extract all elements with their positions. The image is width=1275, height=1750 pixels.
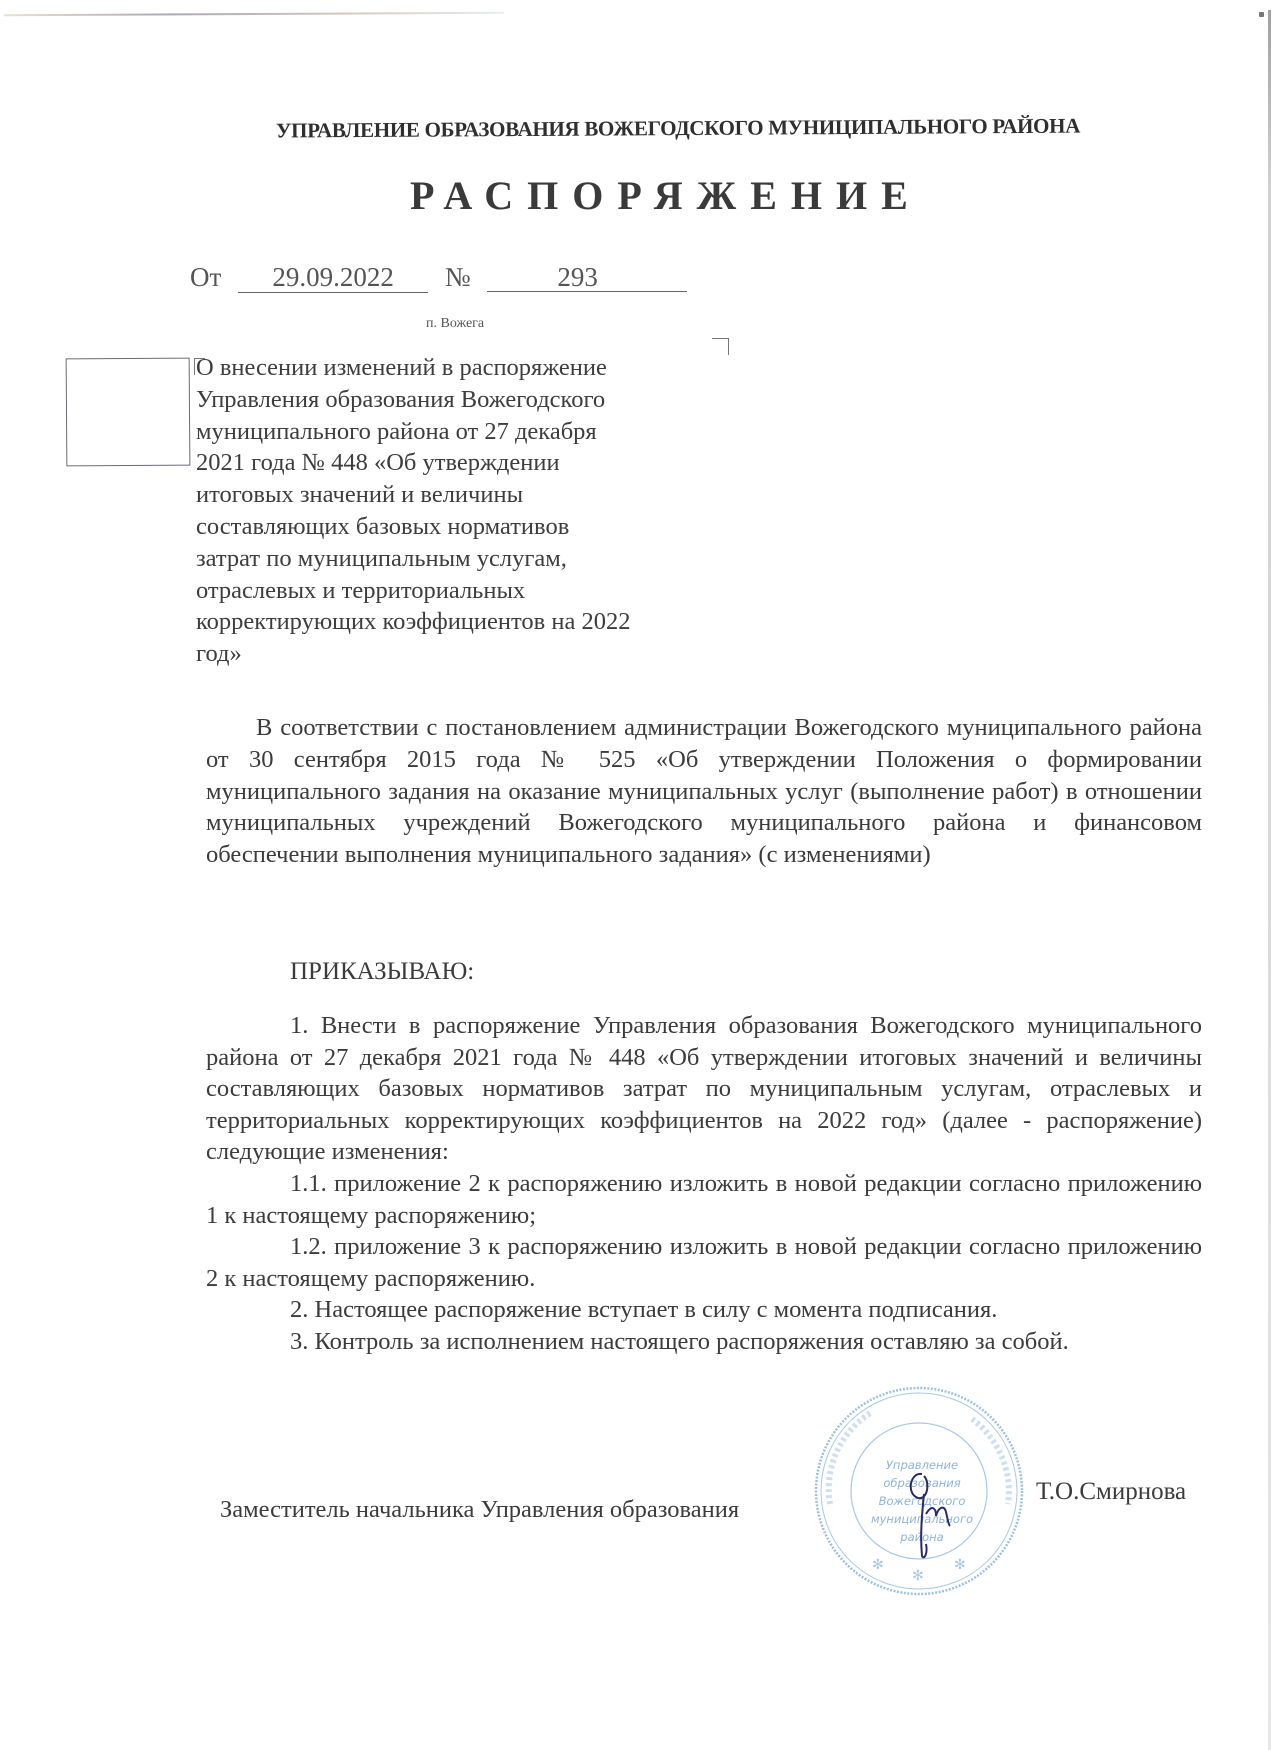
subject-block: О внесении изменений в распоряжение Упра… [196, 352, 736, 670]
order-item-1-2: 1.2. приложение 3 к распоряжению изложит… [206, 1231, 1202, 1294]
scan-artifact-right-edge [1268, 10, 1271, 1750]
subject-line: затрат по муниципальным услугам, [196, 543, 736, 575]
document-date: 29.09.2022 [238, 264, 428, 293]
order-item-3: 3. Контроль за исполнением настоящего ра… [206, 1326, 1202, 1358]
order-item-1-1: 1.1. приложение 2 к распоряжению изложит… [206, 1168, 1202, 1231]
order-heading: ПРИКАЗЫВАЮ: [290, 958, 474, 986]
subject-line: О внесении изменений в распоряжение [196, 352, 736, 384]
signer-name: Т.О.Смирнова [1036, 1478, 1186, 1506]
document-number: 293 [487, 264, 687, 292]
subject-line: муниципального района от 27 декабря [196, 416, 736, 448]
date-label: От [190, 262, 221, 292]
preamble-text: В соответствии с постановлением админист… [206, 714, 1202, 868]
signer-position: Заместитель начальника Управления образо… [220, 1496, 739, 1524]
document-type-title: РАСПОРЯЖЕНИЕ [410, 172, 930, 219]
official-seal-stamp: ✻ ✻ ✻ Управление образования Вожегодског… [812, 1384, 1026, 1598]
subject-line: 2021 года № 448 «Об утверждении [196, 447, 736, 479]
scan-artifact-top-line [4, 12, 504, 17]
subject-line: год» [196, 638, 736, 670]
handwritten-signature-icon [900, 1464, 960, 1564]
preamble-paragraph: В соответствии с постановлением админист… [206, 712, 1202, 871]
svg-text:✻: ✻ [872, 1557, 884, 1573]
scan-artifact-speck [1259, 12, 1264, 17]
order-item-1: 1. Внести в распоряжение Управления обра… [206, 1010, 1202, 1168]
subject-line: Управления образования Вожегодского [196, 384, 736, 416]
subject-line: корректирующих коэффициентов на 2022 [196, 606, 736, 638]
svg-text:✻: ✻ [912, 1568, 924, 1584]
organization-header: УПРАВЛЕНИЕ ОБРАЗОВАНИЯ ВОЖЕГОДСКОГО МУНИ… [276, 113, 1096, 143]
number-label: № [445, 262, 471, 292]
order-items: 1. Внести в распоряжение Управления обра… [206, 1010, 1202, 1358]
subject-line: итоговых значений и величины [196, 479, 736, 511]
date-number-row: От 29.09.2022 № 293 [190, 262, 687, 293]
subject-line: отраслевых и территориальных [196, 575, 736, 607]
order-item-2: 2. Настоящее распоряжение вступает в сил… [206, 1294, 1202, 1326]
place-of-issue: п. Вожега [426, 316, 484, 332]
registration-box [66, 358, 191, 467]
subject-line: составляющих базовых нормативов [196, 511, 736, 543]
